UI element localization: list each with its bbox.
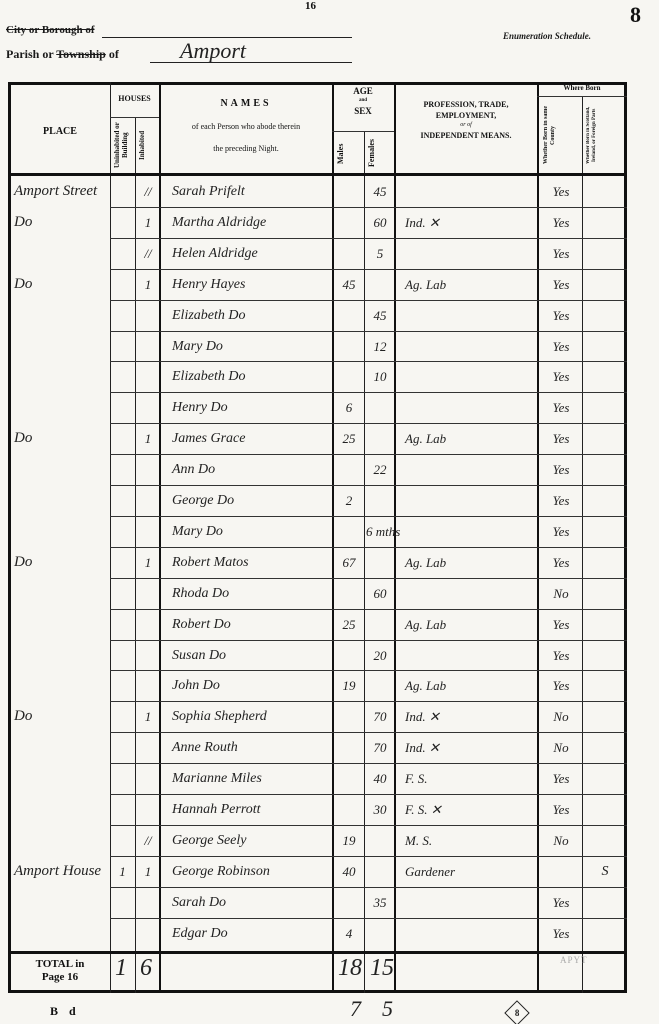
male-age-cell	[334, 332, 364, 361]
profession-cell: Ind. ✕	[405, 733, 535, 762]
male-age-cell: 19	[334, 826, 364, 855]
born-same-county-cell: Yes	[540, 177, 582, 206]
profession-cell: Ag. Lab	[405, 610, 535, 639]
inhabited-cell: //	[137, 239, 159, 268]
profession-cell: Ag. Lab	[405, 424, 535, 453]
profession-cell	[405, 888, 535, 917]
profession-cell	[405, 177, 535, 206]
uninhabited-cell: 1	[111, 857, 134, 886]
col-header-profession-2: EMPLOYMENT,	[395, 111, 537, 120]
name-cell: Henry Hayes	[172, 270, 332, 299]
place-cell	[14, 733, 108, 762]
inhabited-cell	[137, 919, 159, 948]
profession-cell	[405, 486, 535, 515]
city-borough-label: City or Borough of	[6, 24, 95, 36]
male-age-cell	[334, 362, 364, 391]
female-age-cell: 30	[366, 795, 394, 824]
place-cell: Do	[14, 424, 108, 453]
page-number: 16	[305, 0, 316, 12]
born-elsewhere-cell	[584, 579, 626, 608]
name-cell: Edgar Do	[172, 919, 332, 948]
place-cell	[14, 301, 108, 330]
born-same-county-cell: Yes	[540, 332, 582, 361]
profession-cell: Ag. Lab	[405, 548, 535, 577]
inhabited-cell: 1	[137, 857, 159, 886]
born-elsewhere-cell	[584, 208, 626, 237]
male-age-cell: 45	[334, 270, 364, 299]
parish-label-suffix: of	[106, 47, 119, 61]
born-elsewhere-cell	[584, 826, 626, 855]
female-age-cell: 70	[366, 702, 394, 731]
inhabited-cell	[137, 764, 159, 793]
place-cell: Do	[14, 548, 108, 577]
name-cell: Susan Do	[172, 641, 332, 670]
inhabited-cell	[137, 671, 159, 700]
inhabited-cell: 1	[137, 548, 159, 577]
uninhabited-cell	[111, 702, 134, 731]
born-elsewhere-cell	[584, 239, 626, 268]
male-age-cell: 2	[334, 486, 364, 515]
name-cell: Robert Matos	[172, 548, 332, 577]
inhabited-cell	[137, 795, 159, 824]
col-header-houses: HOUSES	[110, 94, 159, 103]
born-elsewhere-cell	[584, 610, 626, 639]
female-age-cell: 45	[366, 177, 394, 206]
born-same-county-cell: Yes	[540, 764, 582, 793]
female-age-cell: 12	[366, 332, 394, 361]
schedule-label: Enumeration Schedule.	[503, 31, 591, 41]
col-header-profession-1: PROFESSION, TRADE,	[395, 100, 537, 109]
uninhabited-cell	[111, 455, 134, 484]
male-age-cell	[334, 208, 364, 237]
uninhabited-cell	[111, 208, 134, 237]
header-bottom-rule	[8, 173, 627, 176]
name-cell: Rhoda Do	[172, 579, 332, 608]
uninhabited-cell	[111, 270, 134, 299]
inhabited-cell: 1	[137, 702, 159, 731]
place-cell: Amport Street	[14, 177, 108, 206]
born-same-county-cell: Yes	[540, 888, 582, 917]
footer-females-count: 5	[382, 996, 393, 1022]
male-age-cell: 40	[334, 857, 364, 886]
female-age-cell	[366, 270, 394, 299]
profession-cell: F. S. ✕	[405, 795, 535, 824]
male-age-cell	[334, 733, 364, 762]
name-cell: George Seely	[172, 826, 332, 855]
born-same-county-cell: Yes	[540, 301, 582, 330]
male-age-cell	[334, 641, 364, 670]
col-divider	[364, 131, 365, 993]
born-same-county-cell: Yes	[540, 795, 582, 824]
born-elsewhere-cell	[584, 424, 626, 453]
born-elsewhere-cell	[584, 517, 626, 546]
inhabited-cell: //	[137, 826, 159, 855]
uninhabited-cell	[111, 826, 134, 855]
born-elsewhere-cell	[584, 548, 626, 577]
uninhabited-cell	[111, 548, 134, 577]
age-subrule	[332, 131, 394, 132]
male-age-cell	[334, 177, 364, 206]
born-elsewhere-cell	[584, 702, 626, 731]
name-cell: Mary Do	[172, 517, 332, 546]
place-cell	[14, 517, 108, 546]
male-age-cell	[334, 764, 364, 793]
born-elsewhere-cell	[584, 764, 626, 793]
born-elsewhere-cell	[584, 270, 626, 299]
col-header-age-and: and	[332, 98, 394, 103]
female-age-cell: 5	[366, 239, 394, 268]
col-header-born-elsewhere: Whether Born in Scotland, Ireland, or Fo…	[586, 100, 624, 170]
female-age-cell	[366, 548, 394, 577]
col-header-profession-3: or of	[395, 122, 537, 128]
born-elsewhere-cell	[584, 362, 626, 391]
female-age-cell: 70	[366, 733, 394, 762]
born-same-county-cell: Yes	[540, 393, 582, 422]
born-same-county-cell: Yes	[540, 362, 582, 391]
place-cell	[14, 826, 108, 855]
inhabited-cell: 1	[137, 208, 159, 237]
uninhabited-cell	[111, 671, 134, 700]
male-age-cell	[334, 455, 364, 484]
name-cell: James Grace	[172, 424, 332, 453]
profession-cell	[405, 579, 535, 608]
place-cell	[14, 362, 108, 391]
total-uninhabited: 1	[115, 955, 127, 982]
profession-cell: M. S.	[405, 826, 535, 855]
inhabited-cell	[137, 733, 159, 762]
born-same-county-cell: Yes	[540, 641, 582, 670]
parish-label: Parish or Township of	[6, 47, 119, 62]
name-cell: George Robinson	[172, 857, 332, 886]
col-header-place: PLACE	[10, 126, 110, 137]
col-divider	[582, 96, 583, 993]
col-header-profession-4: INDEPENDENT MEANS.	[395, 131, 537, 140]
born-same-county-cell: No	[540, 733, 582, 762]
place-cell	[14, 486, 108, 515]
male-age-cell	[334, 239, 364, 268]
name-cell: Henry Do	[172, 393, 332, 422]
profession-cell	[405, 332, 535, 361]
born-same-county-cell: Yes	[540, 671, 582, 700]
born-elsewhere-cell	[584, 455, 626, 484]
total-label-line2: Page 16	[14, 971, 106, 984]
uninhabited-cell	[111, 733, 134, 762]
female-age-cell: 60	[366, 579, 394, 608]
name-cell: Anne Routh	[172, 733, 332, 762]
uninhabited-cell	[111, 177, 134, 206]
place-cell	[14, 455, 108, 484]
male-age-cell: 25	[334, 424, 364, 453]
uninhabited-cell	[111, 610, 134, 639]
where-born-subrule	[537, 96, 627, 97]
uninhabited-cell	[111, 393, 134, 422]
inhabited-cell: //	[137, 177, 159, 206]
born-same-county-cell: No	[540, 826, 582, 855]
col-header-names-sub2: the preceding Night.	[160, 144, 332, 153]
inhabited-cell	[137, 362, 159, 391]
male-age-cell	[334, 579, 364, 608]
total-females: 15	[370, 955, 394, 982]
parish-label-prefix: Parish or	[6, 47, 56, 61]
born-elsewhere-cell	[584, 641, 626, 670]
female-age-cell: 35	[366, 888, 394, 917]
female-age-cell: 22	[366, 455, 394, 484]
born-same-county-cell: Yes	[540, 919, 582, 948]
uninhabited-cell	[111, 424, 134, 453]
profession-cell	[405, 455, 535, 484]
name-cell: Robert Do	[172, 610, 332, 639]
uninhabited-cell	[111, 301, 134, 330]
profession-cell: Ind. ✕	[405, 208, 535, 237]
name-cell: Ann Do	[172, 455, 332, 484]
profession-cell	[405, 919, 535, 948]
col-header-uninhabited: Uninhabited or Building	[113, 120, 133, 170]
place-cell: Amport House	[14, 857, 108, 886]
col-header-inhabited: Inhabited	[138, 120, 158, 170]
born-elsewhere-cell	[584, 733, 626, 762]
place-cell	[14, 888, 108, 917]
born-same-county-cell: Yes	[540, 486, 582, 515]
uninhabited-cell	[111, 888, 134, 917]
profession-cell	[405, 641, 535, 670]
houses-subrule	[110, 117, 159, 118]
name-cell: Sarah Prifelt	[172, 177, 332, 206]
born-elsewhere-cell	[584, 393, 626, 422]
born-elsewhere-cell	[584, 177, 626, 206]
col-header-names-sub1: of each Person who abode therein	[160, 122, 332, 131]
female-age-cell: 10	[366, 362, 394, 391]
name-cell: John Do	[172, 671, 332, 700]
total-label-line1: TOTAL in	[14, 958, 106, 971]
profession-cell	[405, 301, 535, 330]
col-divider	[135, 117, 136, 993]
born-elsewhere-cell	[584, 486, 626, 515]
male-age-cell	[334, 795, 364, 824]
folio-stamp: 8	[504, 1000, 529, 1024]
inhabited-cell	[137, 641, 159, 670]
profession-cell: Ag. Lab	[405, 270, 535, 299]
place-cell	[14, 239, 108, 268]
profession-cell: Gardener	[405, 857, 535, 886]
born-same-county-cell: No	[540, 702, 582, 731]
female-age-cell	[366, 826, 394, 855]
place-cell	[14, 579, 108, 608]
uninhabited-cell	[111, 332, 134, 361]
inhabited-cell	[137, 888, 159, 917]
born-same-county-cell	[540, 857, 582, 886]
profession-cell: Ag. Lab	[405, 671, 535, 700]
female-age-cell: 60	[366, 208, 394, 237]
name-cell: Sarah Do	[172, 888, 332, 917]
born-elsewhere-cell	[584, 671, 626, 700]
profession-cell: Ind. ✕	[405, 702, 535, 731]
female-age-cell: 20	[366, 641, 394, 670]
place-cell	[14, 795, 108, 824]
total-top-rule	[8, 951, 627, 954]
male-age-cell: 25	[334, 610, 364, 639]
inhabited-cell	[137, 301, 159, 330]
inhabited-cell	[137, 332, 159, 361]
uninhabited-cell	[111, 239, 134, 268]
col-header-females: Females	[368, 136, 392, 170]
inhabited-cell	[137, 455, 159, 484]
place-cell: Do	[14, 208, 108, 237]
total-label: TOTAL in Page 16	[14, 958, 106, 984]
uninhabited-cell	[111, 517, 134, 546]
born-same-county-cell: Yes	[540, 610, 582, 639]
name-cell: Helen Aldridge	[172, 239, 332, 268]
female-age-cell	[366, 610, 394, 639]
female-age-cell: 40	[366, 764, 394, 793]
place-cell	[14, 610, 108, 639]
profession-cell	[405, 393, 535, 422]
born-same-county-cell: Yes	[540, 424, 582, 453]
uninhabited-cell	[111, 764, 134, 793]
parish-line	[150, 62, 352, 63]
born-same-county-cell: Yes	[540, 270, 582, 299]
total-inhabited: 6	[140, 955, 152, 982]
col-header-born-same-county: Whether Born in same County	[543, 100, 577, 170]
born-same-county-cell: Yes	[540, 548, 582, 577]
place-cell	[14, 671, 108, 700]
female-age-cell: 45	[366, 301, 394, 330]
profession-cell: F. S.	[405, 764, 535, 793]
sheet-number: 8	[630, 2, 641, 28]
born-same-county-cell: Yes	[540, 455, 582, 484]
born-elsewhere-cell	[584, 301, 626, 330]
parish-label-struck: Township	[56, 47, 106, 61]
profession-cell	[405, 362, 535, 391]
name-cell: Mary Do	[172, 332, 332, 361]
uninhabited-cell	[111, 362, 134, 391]
place-cell	[14, 641, 108, 670]
uninhabited-cell	[111, 919, 134, 948]
born-elsewhere-cell	[584, 888, 626, 917]
uninhabited-cell	[111, 641, 134, 670]
female-age-cell	[366, 919, 394, 948]
female-age-cell	[366, 671, 394, 700]
uninhabited-cell	[111, 486, 134, 515]
inhabited-cell	[137, 486, 159, 515]
profession-cell	[405, 239, 535, 268]
uninhabited-cell	[111, 579, 134, 608]
col-header-age: AGE	[332, 86, 394, 96]
born-elsewhere-cell	[584, 795, 626, 824]
col-header-where-born: Where Born	[537, 84, 627, 92]
name-cell: George Do	[172, 486, 332, 515]
name-cell: Hannah Perrott	[172, 795, 332, 824]
place-cell	[14, 764, 108, 793]
born-same-county-cell: Yes	[540, 517, 582, 546]
male-age-cell: 6	[334, 393, 364, 422]
inhabited-cell	[137, 517, 159, 546]
place-cell	[14, 332, 108, 361]
profession-cell	[405, 517, 535, 546]
name-cell: Marianne Miles	[172, 764, 332, 793]
born-elsewhere-cell: S	[584, 857, 626, 886]
male-age-cell	[334, 517, 364, 546]
inhabited-cell	[137, 579, 159, 608]
inhabited-cell: 1	[137, 270, 159, 299]
female-age-cell	[366, 393, 394, 422]
col-header-names: NAMES	[160, 98, 332, 109]
male-age-cell: 67	[334, 548, 364, 577]
col-header-sex: SEX	[332, 106, 394, 116]
female-age-cell: 6 mths	[366, 517, 394, 546]
born-elsewhere-cell	[584, 332, 626, 361]
male-age-cell	[334, 702, 364, 731]
uninhabited-cell	[111, 795, 134, 824]
inhabited-cell: 1	[137, 424, 159, 453]
born-elsewhere-cell	[584, 919, 626, 948]
born-same-county-cell: Yes	[540, 208, 582, 237]
name-cell: Elizabeth Do	[172, 362, 332, 391]
inhabited-cell	[137, 393, 159, 422]
parish-value: Amport	[180, 38, 246, 64]
born-same-county-cell: No	[540, 579, 582, 608]
faint-stamp: APYT	[560, 955, 588, 965]
folio-stamp-number: 8	[515, 1005, 520, 1021]
place-cell: Do	[14, 702, 108, 731]
female-age-cell	[366, 857, 394, 886]
footer-males-count: 7	[350, 996, 361, 1022]
place-cell	[14, 393, 108, 422]
inhabited-cell	[137, 610, 159, 639]
total-males: 18	[338, 955, 362, 982]
female-age-cell	[366, 486, 394, 515]
male-age-cell: 4	[334, 919, 364, 948]
name-cell: Elizabeth Do	[172, 301, 332, 330]
place-cell	[14, 919, 108, 948]
col-header-males: Males	[337, 138, 361, 170]
place-cell: Do	[14, 270, 108, 299]
footer-bd-label: B d	[50, 1004, 80, 1019]
born-same-county-cell: Yes	[540, 239, 582, 268]
male-age-cell	[334, 888, 364, 917]
name-cell: Martha Aldridge	[172, 208, 332, 237]
female-age-cell	[366, 424, 394, 453]
male-age-cell: 19	[334, 671, 364, 700]
male-age-cell	[334, 301, 364, 330]
name-cell: Sophia Shepherd	[172, 702, 332, 731]
